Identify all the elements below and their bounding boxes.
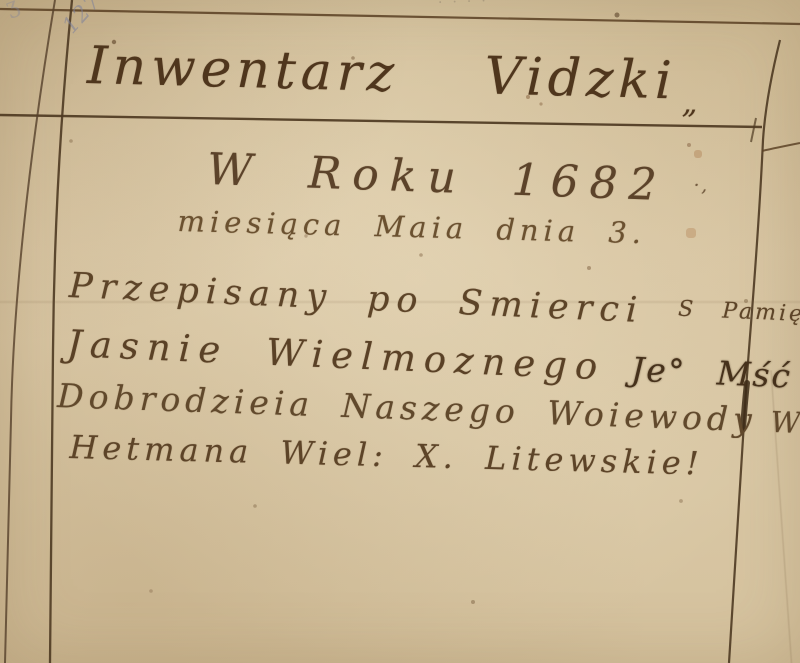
line-jasnie-tail: Je° Mść [630, 350, 793, 396]
ink-specks [0, 0, 2, 2]
line-przepisany-tail: S Pamię [678, 297, 800, 328]
line-year-margin-marks: ·‚ [693, 175, 709, 197]
short-right-rule [762, 143, 800, 151]
title-flourish-mark: „ [682, 86, 698, 121]
left-outer-margin-line [5, 0, 55, 663]
top-rule-line [0, 9, 800, 24]
corner-tick-mark [751, 118, 756, 142]
line-dobrodzieia-tail: Wileń: [770, 405, 800, 443]
manuscript-page: ʒ 127 ···· Inwentarz Vidzki„ W Roku 1682… [0, 0, 800, 663]
